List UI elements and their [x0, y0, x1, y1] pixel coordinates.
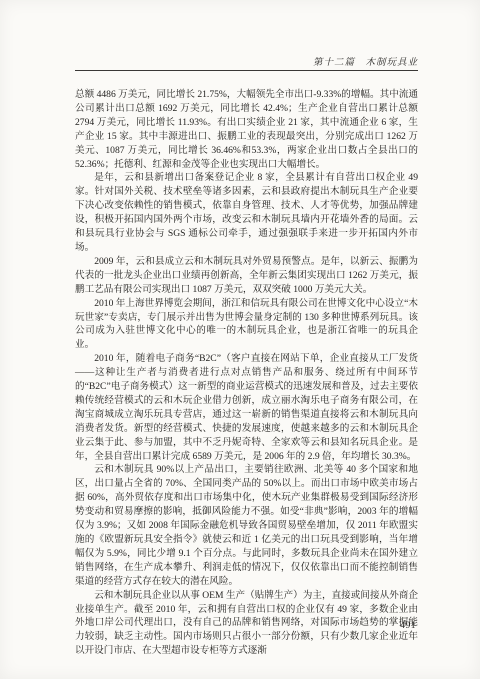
paragraph: 2010 年，随着电子商务“B2C”（客户直接在网站下单，企业直接从工厂发货——…: [75, 352, 418, 463]
header-rule: [75, 70, 418, 71]
paragraph: 是年，云和县新增出口备案登记企业 8 家，全县累计有自营出口权企业 49 家。针…: [75, 171, 418, 254]
paragraph: 云和木制玩具企业以从事 OEM 生产（贴牌生产）为主，直接或间接从外商企业接单生…: [75, 589, 418, 659]
paragraph: 2010 年上海世界博览会期间，浙江和信玩具有限公司在世博文化中心设立“木玩世家…: [75, 297, 418, 353]
paragraph: 2009 年，云和县成立云和木制玩具对外贸易预警点。是年，以新云、振鹏为代表的一…: [75, 255, 418, 297]
running-header: 第十二篇 木制玩具业: [75, 54, 418, 68]
page-number: 491: [400, 621, 416, 631]
paragraph: 总额 4486 万美元，同比增长 21.75%，大幅领先全市出口-9.33%的增…: [75, 88, 418, 171]
body-text: 总额 4486 万美元，同比增长 21.75%，大幅领先全市出口-9.33%的增…: [75, 88, 418, 658]
book-page: 第十二篇 木制玩具业 总额 4486 万美元，同比增长 21.75%，大幅领先全…: [0, 0, 480, 679]
paragraph: 云和木制玩具 90%以上产品出口，主要销往欧洲、北美等 40 多个国家和地区，出…: [75, 463, 418, 588]
